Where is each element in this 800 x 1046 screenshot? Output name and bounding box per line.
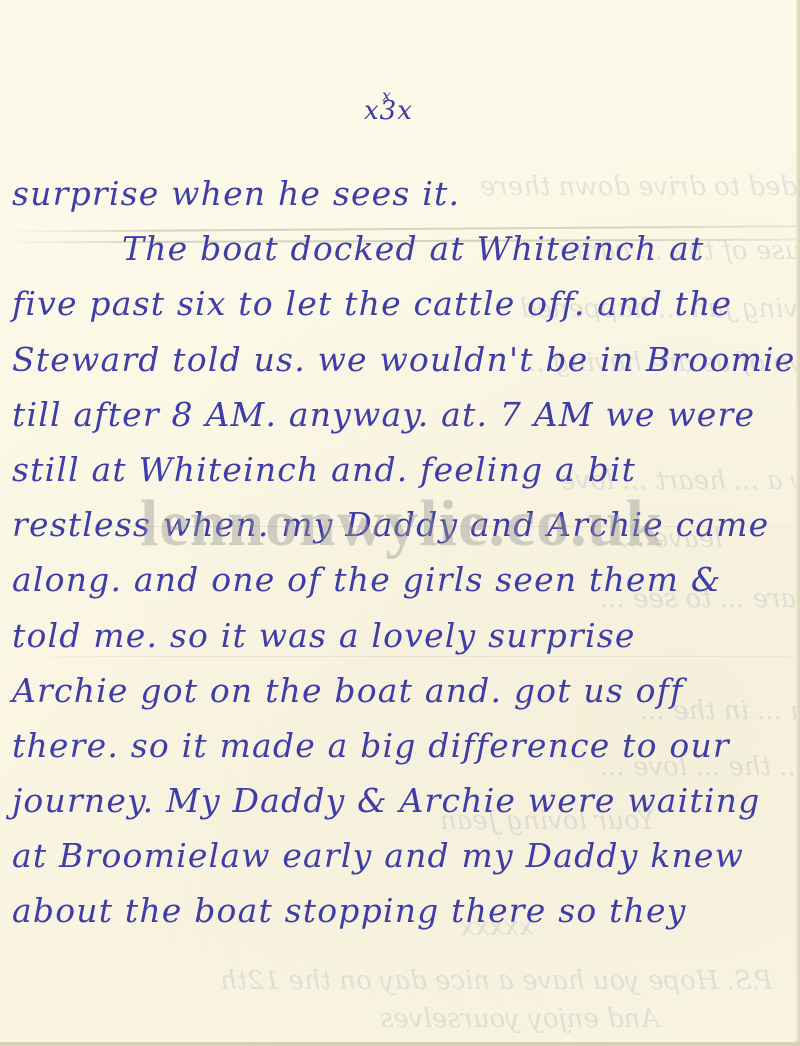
letter-line: told me. so it was a lovely surprise — [12, 608, 782, 663]
letter-line: till after 8 AM. anyway. at. 7 AM we wer… — [12, 387, 782, 442]
page-number: x x3x — [364, 96, 413, 126]
letter-line: journey. My Daddy & Archie were waiting — [12, 773, 782, 828]
watermark: lennonwylie.co.uk — [140, 486, 663, 562]
page-number-top-mark: x — [382, 86, 392, 105]
paper-edge-right — [796, 0, 800, 1046]
letter-line: at Broomielaw early and my Daddy knew — [12, 828, 782, 883]
letter-line: Steward told us. we wouldn't be in Broom… — [12, 332, 782, 387]
letter-line: about the boat stopping there so they — [12, 883, 782, 938]
letter-line: surprise when he sees it. — [12, 166, 782, 221]
paper-edge-bottom — [0, 1042, 800, 1046]
letter-line: The boat docked at Whiteinch at — [12, 221, 782, 276]
letter-line: there. so it made a big difference to ou… — [12, 718, 782, 773]
letter-line: Archie got on the boat and. got us off — [12, 663, 782, 718]
letter-line: five past six to let the cattle off. and… — [12, 276, 782, 331]
bleed-line: And enjoy yourselves — [380, 1004, 659, 1034]
bleed-line: P.S. Hope you have a nice day on the 12t… — [220, 966, 772, 996]
